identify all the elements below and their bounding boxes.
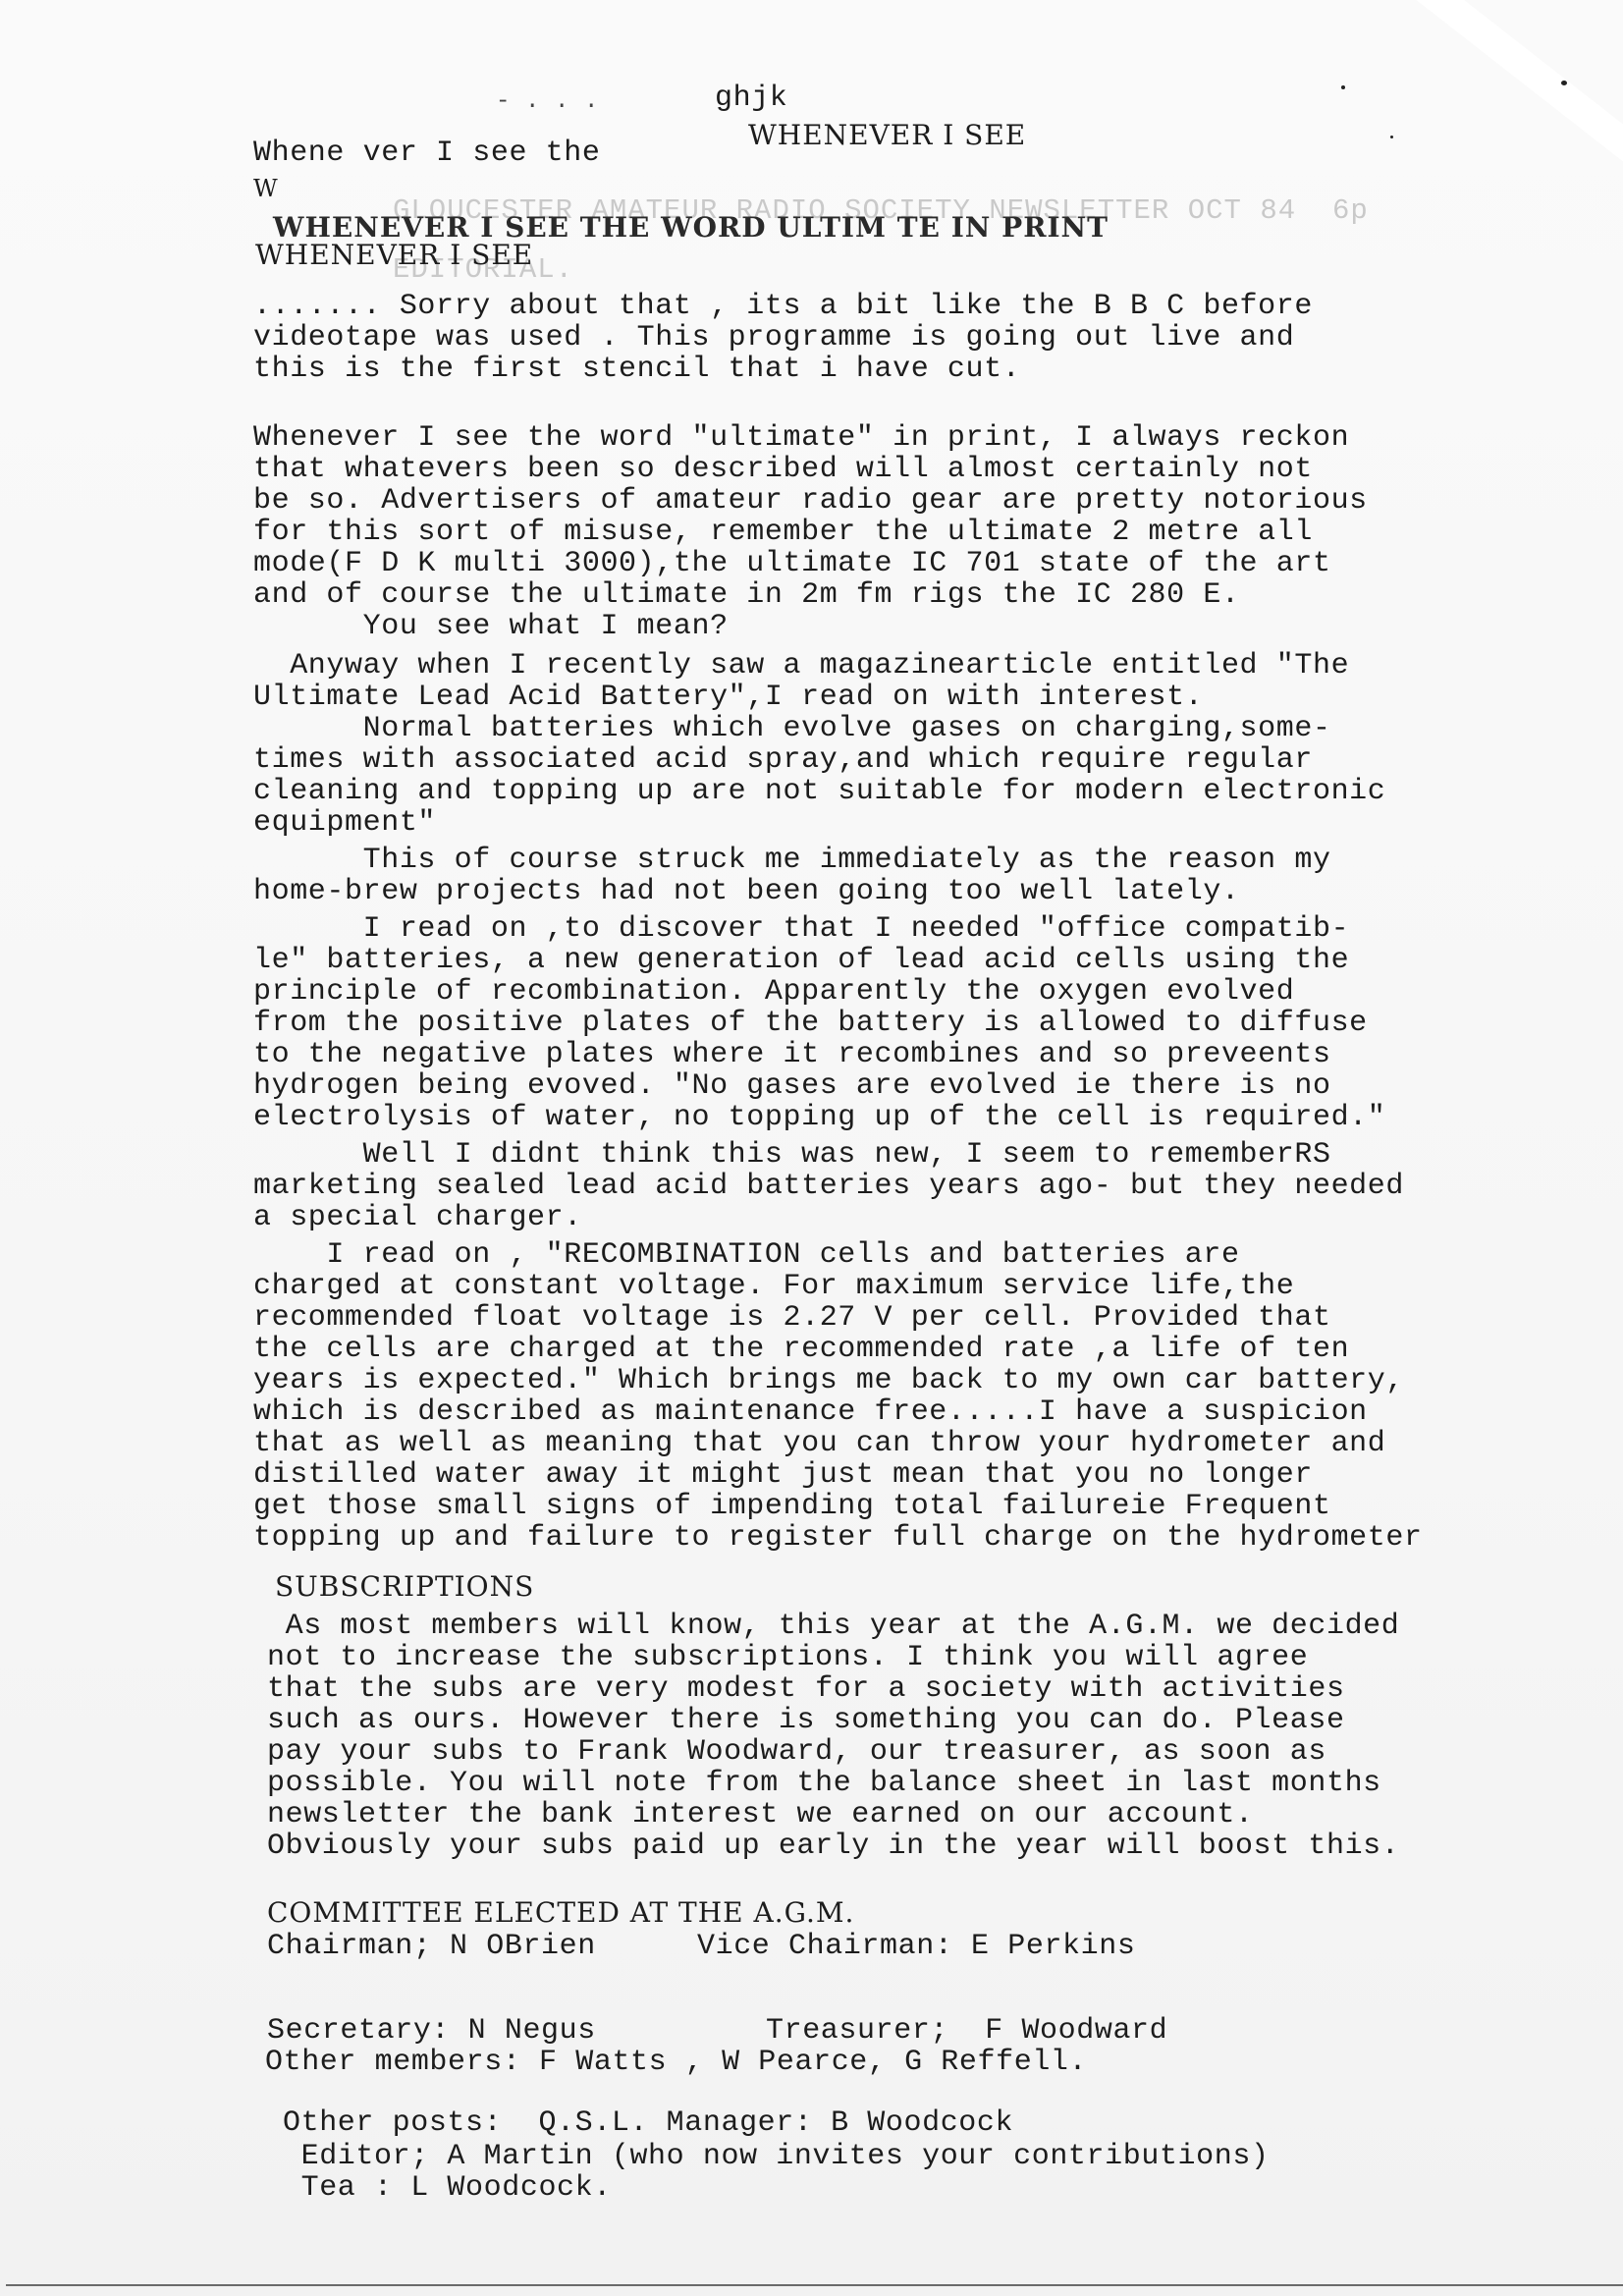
false-start-letter: W <box>253 173 279 204</box>
article-line: electrolysis of water, no topping up of … <box>253 1102 1385 1133</box>
article-line: home-brew projects had not been going to… <box>253 876 1240 907</box>
false-start-line: Whene ver I see the <box>253 137 600 169</box>
committee-heading: COMMITTEE ELECTED AT THE A.G.M. <box>267 1897 854 1929</box>
intro-line: videotape was used . This programme is g… <box>253 322 1294 354</box>
ink-speck <box>1341 85 1345 89</box>
article-line: le" batteries, a new generation of lead … <box>253 945 1349 976</box>
article-line: which is described as maintenance free..… <box>253 1396 1368 1428</box>
secretary-entry: Secretary: N Negus <box>267 2015 596 2047</box>
subscriptions-line: As most members will know, this year at … <box>267 1611 1399 1642</box>
article-line: principle of recombination. Apparently t… <box>253 976 1294 1008</box>
article-line: times with associated acid spray,and whi… <box>253 744 1313 776</box>
article-line: marketing sealed lead acid batteries yea… <box>253 1171 1404 1202</box>
article-line: hydrogen being evoved. "No gases are evo… <box>253 1070 1331 1102</box>
article-line: to the negative plates where it recombin… <box>253 1039 1331 1070</box>
article-line: mode(F D K multi 3000),the ultimate IC 7… <box>253 548 1331 579</box>
tea-entry: Tea : L Woodcock. <box>283 2172 612 2204</box>
subscriptions-line: newsletter the bank interest we earned o… <box>267 1799 1254 1831</box>
chairman-entry: Chairman; N OBrien <box>267 1931 596 1962</box>
article-line: distilled water away it might just mean … <box>253 1459 1313 1491</box>
article-line: the cells are charged at the recommended… <box>253 1334 1349 1365</box>
article-line: get those small signs of impending total… <box>253 1491 1331 1522</box>
article-line: from the positive plates of the battery … <box>253 1008 1368 1039</box>
other-posts-entry: Other posts: Q.S.L. Manager: B Woodcock <box>283 2107 1013 2139</box>
article-line: for this sort of misuse, remember the ul… <box>253 517 1313 548</box>
ink-speck <box>1390 136 1393 138</box>
newsletter-page: GLOUCESTER AMATEUR RADIO SOCIETY NEWSLET… <box>0 0 1623 2296</box>
subscriptions-line: possible. You will note from the balance… <box>267 1768 1381 1799</box>
article-line: I read on ,to discover that I needed "of… <box>253 913 1349 945</box>
article-line: charged at constant voltage. For maximum… <box>253 1271 1294 1302</box>
editor-entry: Editor; A Martin (who now invites your c… <box>283 2141 1270 2172</box>
paper-fold-crease <box>1396 0 1623 201</box>
article-line: Anyway when I recently saw a magazineart… <box>253 650 1349 682</box>
article-line: equipment" <box>253 807 436 839</box>
article-line: that as well as meaning that you can thr… <box>253 1428 1385 1459</box>
page-title: WHENEVER I SEE <box>748 120 1026 151</box>
article-line: recommended float voltage is 2.27 V per … <box>253 1302 1331 1334</box>
ink-speck <box>1561 81 1567 85</box>
article-line: be so. Advertisers of amateur radio gear… <box>253 485 1368 517</box>
article-line: Normal batteries which evolve gases on c… <box>253 713 1331 744</box>
false-start-caps: WHENEVER I SEE <box>255 240 533 271</box>
intro-line: ....... Sorry about that , its a bit lik… <box>253 291 1313 322</box>
intro-line: this is the first stencil that i have cu… <box>253 354 1020 385</box>
treasurer-entry: Treasurer; F Woodward <box>766 2015 1167 2047</box>
article-line: that whatevers been so described will al… <box>253 454 1313 485</box>
article-line: You see what I mean? <box>253 611 729 642</box>
page-bottom-edge <box>6 2284 1623 2286</box>
stray-type-marks: - . . . <box>496 86 599 118</box>
subscriptions-line: such as ours. However there is something… <box>267 1705 1345 1736</box>
vice-chairman-entry: Vice Chairman: E Perkins <box>697 1931 1135 1962</box>
article-line: a special charger. <box>253 1202 582 1233</box>
top-label: ghjk <box>715 82 787 114</box>
article-line: Well I didnt think this was new, I seem … <box>253 1139 1331 1171</box>
article-line: years is expected." Which brings me back… <box>253 1365 1404 1396</box>
other-members-entry: Other members: F Watts , W Pearce, G Ref… <box>265 2047 1087 2078</box>
subscriptions-line: not to increase the subscriptions. I thi… <box>267 1642 1308 1673</box>
subscriptions-line: that the subs are very modest for a soci… <box>267 1673 1345 1705</box>
subscriptions-line: pay your subs to Frank Woodward, our tre… <box>267 1736 1326 1768</box>
article-line: and of course the ultimate in 2m fm rigs… <box>253 579 1240 611</box>
article-line: This of course struck me immediately as … <box>253 845 1331 876</box>
article-line: Whenever I see the word "ultimate" in pr… <box>253 422 1349 454</box>
article-line: topping up and failure to register full … <box>253 1522 1423 1554</box>
subscriptions-heading: SUBSCRIPTIONS <box>275 1571 534 1603</box>
article-line: cleaning and topping up are not suitable… <box>253 776 1385 807</box>
subscriptions-line: Obviously your subs paid up early in the… <box>267 1831 1399 1862</box>
article-line: I read on , "RECOMBINATION cells and bat… <box>253 1239 1240 1271</box>
article-line: Ultimate Lead Acid Battery",I read on wi… <box>253 682 1203 713</box>
